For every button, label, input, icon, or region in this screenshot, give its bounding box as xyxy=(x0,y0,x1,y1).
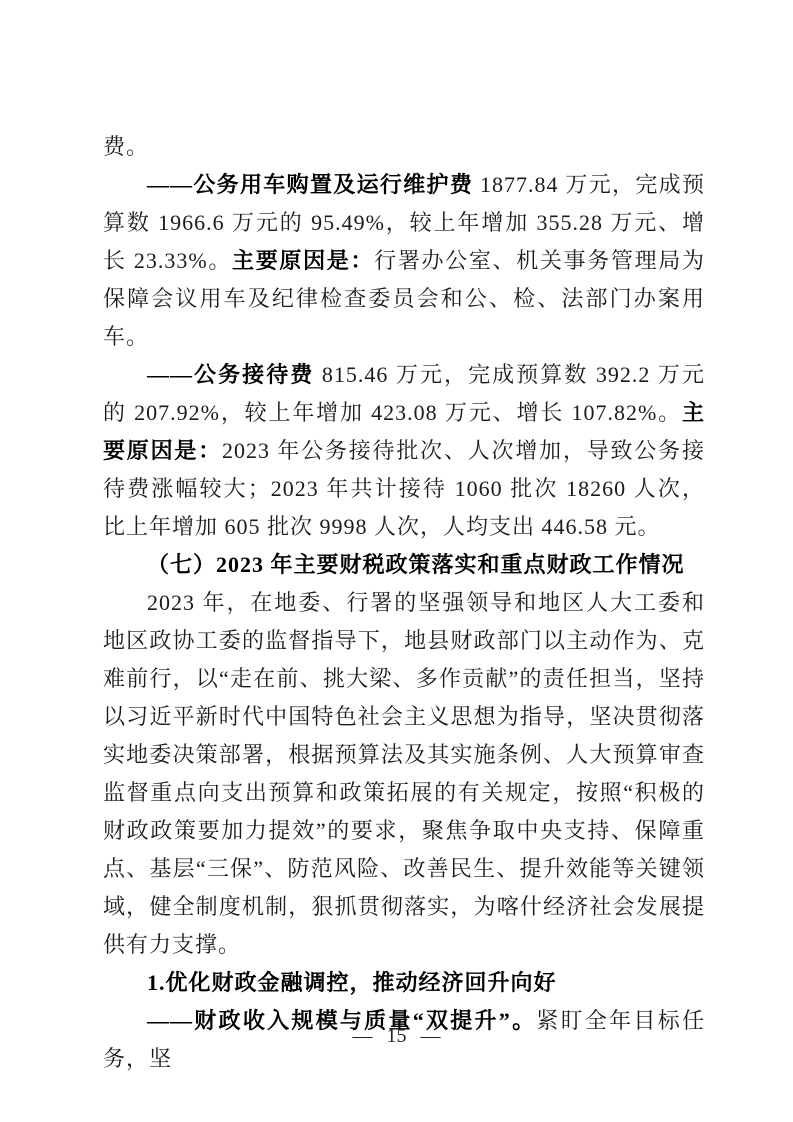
page-footer: —15— xyxy=(0,1022,793,1050)
page-number: 15 xyxy=(387,1025,407,1047)
section-heading-text: （七）2023 年主要财税政策落实和重点财政工作情况 xyxy=(147,552,685,577)
subsection-heading: 1.优化财政金融调控，推动经济回升向好 xyxy=(103,964,705,1002)
body-text: 2023 年，在地委、行署的坚强领导和地区人大工委和地区政协工委的监督指导下，地… xyxy=(103,590,705,957)
expense-item-label: ——公务用车购置及运行维护费 xyxy=(147,172,473,197)
paragraph-policy-overview: 2023 年，在地委、行署的坚强领导和地区人大工委和地区政协工委的监督指导下，地… xyxy=(103,584,705,964)
paragraph-continuation: 费。 xyxy=(103,128,705,166)
document-page: 费。 ——公务用车购置及运行维护费 1877.84 万元，完成预算数 1966.… xyxy=(0,0,793,1122)
footer-dash-right: — xyxy=(421,1025,441,1047)
page-body: 费。 ——公务用车购置及运行维护费 1877.84 万元，完成预算数 1966.… xyxy=(103,128,705,1078)
reason-label: 主要原因是： xyxy=(232,248,374,273)
subsection-heading-text: 1.优化财政金融调控，推动经济回升向好 xyxy=(147,970,557,995)
section-heading: （七）2023 年主要财税政策落实和重点财政工作情况 xyxy=(103,546,705,584)
body-text: 费。 xyxy=(103,134,149,159)
footer-dash-left: — xyxy=(353,1025,373,1047)
paragraph-vehicle-expense: ——公务用车购置及运行维护费 1877.84 万元，完成预算数 1966.6 万… xyxy=(103,166,705,356)
expense-item-label: ——公务接待费 xyxy=(147,362,314,387)
paragraph-reception-expense: ——公务接待费 815.46 万元，完成预算数 392.2 万元的 207.92… xyxy=(103,356,705,546)
